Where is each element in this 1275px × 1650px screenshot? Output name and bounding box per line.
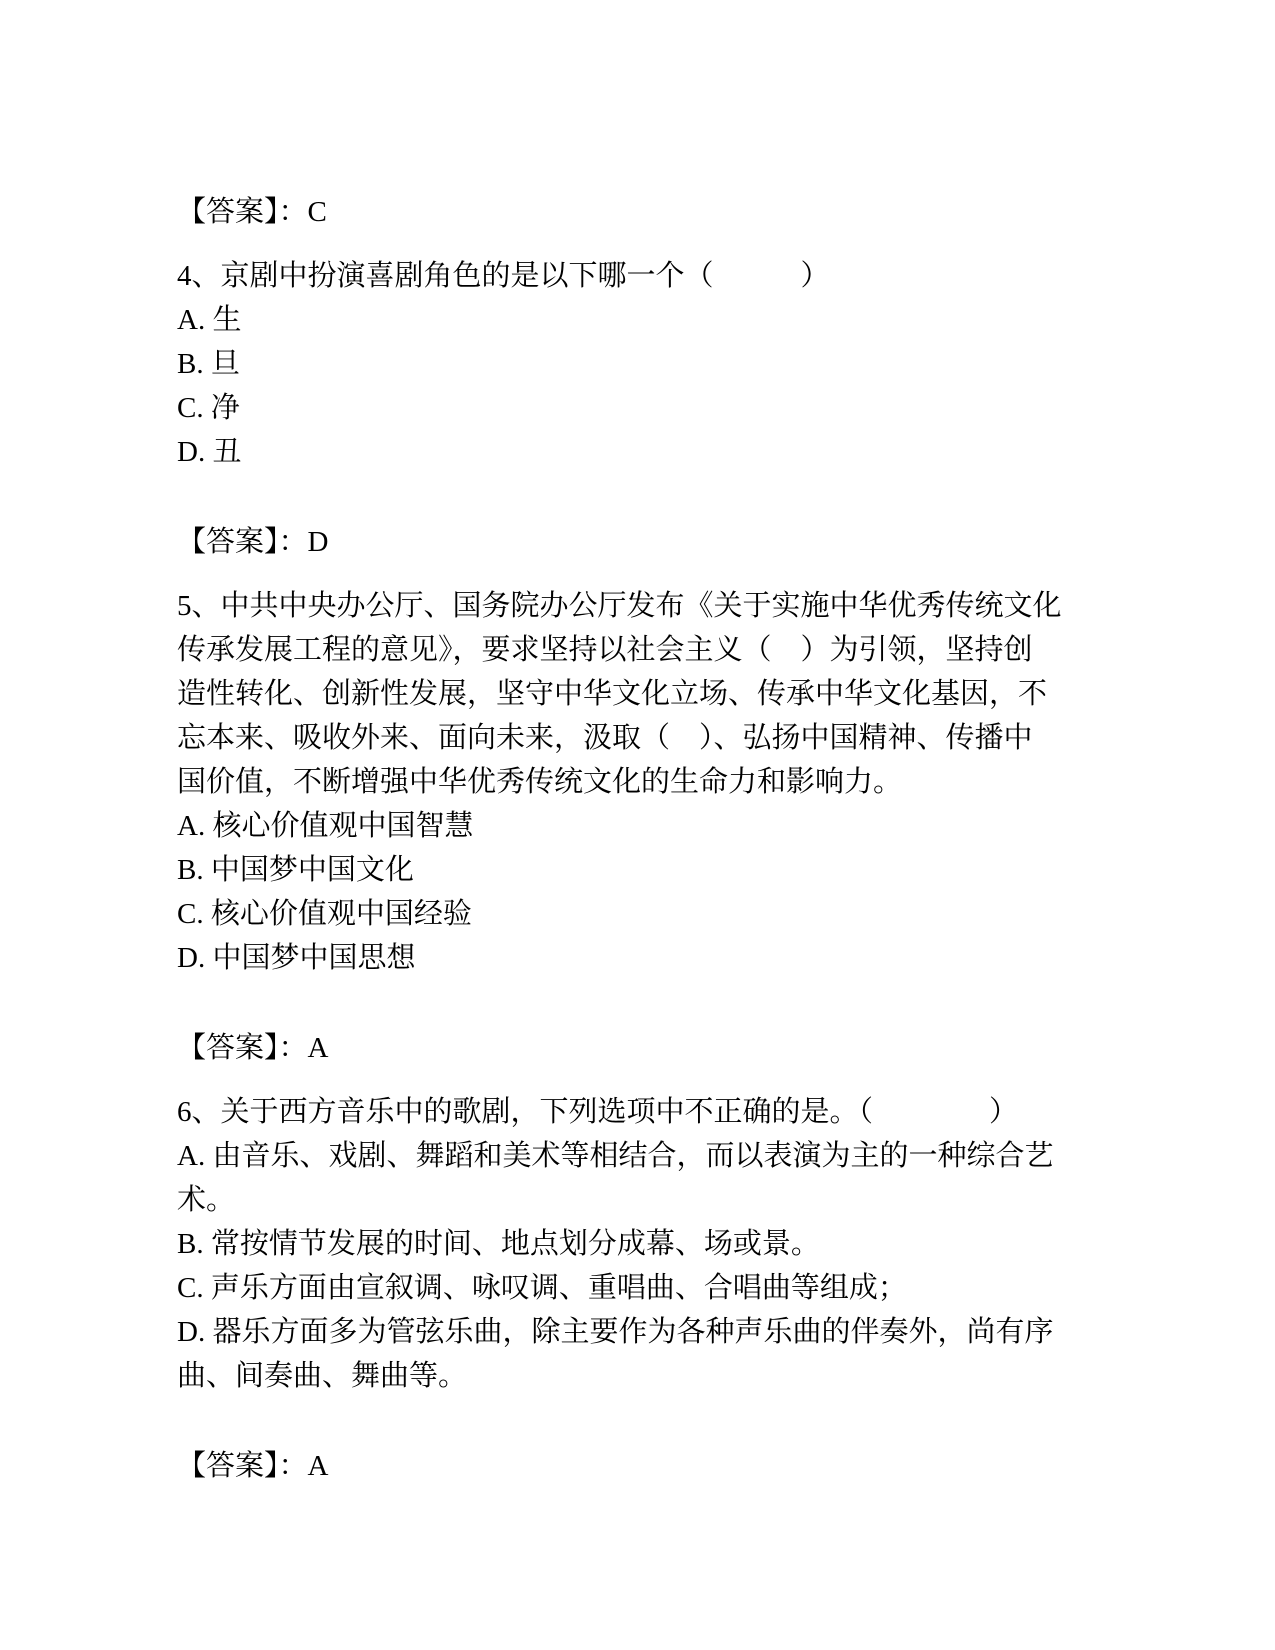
question-4-stem: 4、京剧中扮演喜剧角色的是以下哪一个（ ） — [177, 254, 1077, 298]
question-5-stem-line-1: 5、中共中央办公厅、国务院办公厅发布《关于实施中华优秀传统文化 — [177, 584, 1077, 628]
question-4-option-d: D. 丑 — [177, 430, 1077, 474]
question-4-option-b: B. 旦 — [177, 342, 1077, 386]
question-4-option-c: C. 净 — [177, 386, 1077, 430]
question-5-option-c: C. 核心价值观中国经验 — [177, 892, 1077, 936]
question-4-option-a: A. 生 — [177, 298, 1077, 342]
question-6-stem: 6、关于西方音乐中的歌剧，下列选项中不正确的是。（ ） — [177, 1090, 1077, 1134]
question-6-option-b: B. 常按情节发展的时间、地点划分成幕、场或景。 — [177, 1222, 1077, 1266]
question-4-answer-line: 【答案】：D — [177, 520, 1077, 564]
question-5-answer-line: 【答案】：A — [177, 1026, 1077, 1070]
question-5-stem-line-5: 国价值，不断增强中华优秀传统文化的生命力和影响力。 — [177, 760, 1077, 804]
question-6-option-c: C. 声乐方面由宣叙调、咏叹调、重唱曲、合唱曲等组成； — [177, 1266, 1077, 1310]
question-6-option-a-line-2: 术。 — [177, 1178, 1077, 1222]
question-6-answer-line: 【答案】：A — [177, 1444, 1077, 1488]
question-5-stem-line-3: 造性转化、创新性发展，坚守中华文化立场、传承中华文化基因，不 — [177, 672, 1077, 716]
question-4: 4、京剧中扮演喜剧角色的是以下哪一个（ ） A. 生 B. 旦 C. 净 D. … — [177, 254, 1077, 564]
question-6: 6、关于西方音乐中的歌剧，下列选项中不正确的是。（ ） A. 由音乐、戏剧、舞蹈… — [177, 1090, 1077, 1488]
question-6-option-a-line-1: A. 由音乐、戏剧、舞蹈和美术等相结合，而以表演为主的一种综合艺 — [177, 1134, 1077, 1178]
answer-line-previous-question: 【答案】：C — [177, 190, 1077, 234]
question-6-option-d-line-1: D. 器乐方面多为管弦乐曲，除主要作为各种声乐曲的伴奏外，尚有序 — [177, 1310, 1077, 1354]
question-5-stem-line-2: 传承发展工程的意见》，要求坚持以社会主义（ ）为引领，坚持创 — [177, 628, 1077, 672]
question-5-option-b: B. 中国梦中国文化 — [177, 848, 1077, 892]
question-5-option-a: A. 核心价值观中国智慧 — [177, 804, 1077, 848]
question-5-stem-line-4: 忘本来、吸收外来、面向未来，汲取（ ）、弘扬中国精神、传播中 — [177, 716, 1077, 760]
question-5-option-d: D. 中国梦中国思想 — [177, 936, 1077, 980]
question-5: 5、中共中央办公厅、国务院办公厅发布《关于实施中华优秀传统文化 传承发展工程的意… — [177, 584, 1077, 1070]
exam-document-page: 【答案】：C 4、京剧中扮演喜剧角色的是以下哪一个（ ） A. 生 B. 旦 C… — [0, 0, 1275, 1650]
question-6-option-d-line-2: 曲、间奏曲、舞曲等。 — [177, 1354, 1077, 1398]
